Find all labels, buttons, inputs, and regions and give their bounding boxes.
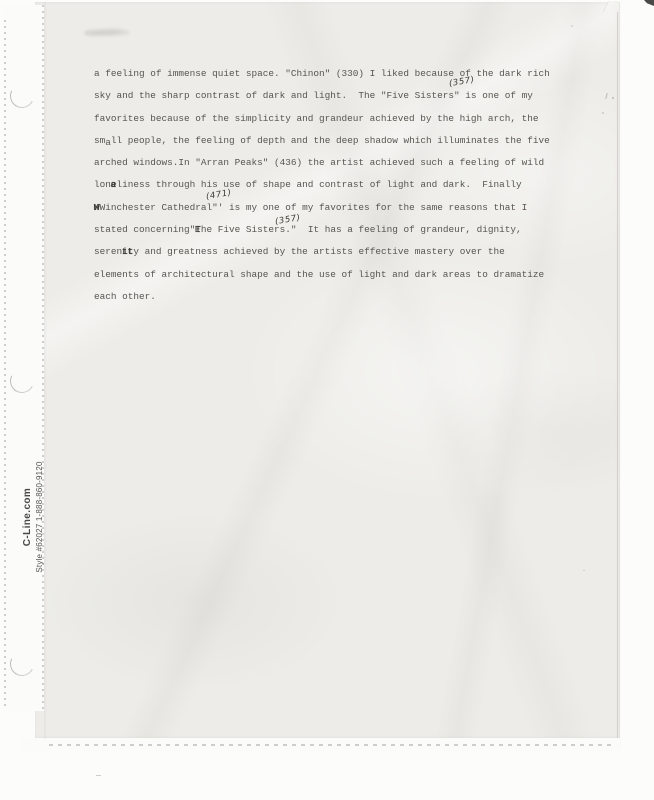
typed-text-segment: W [94,197,100,219]
scan-speck [571,25,573,27]
typed-text-segment: liness through his use of shape and cont… [117,179,522,190]
typed-line: each other. [94,286,594,308]
typed-text-segment: it [122,241,133,263]
scanner-corner-notch [644,0,654,6]
typed-text-segment: T [195,219,201,241]
scan-speck [583,570,585,571]
scanned-page-root: { "sheet_protector": { "brand_line1": "C… [0,0,654,800]
typed-text-segment: arched windows.In "Arran Peaks" (436) th… [94,157,544,168]
protector-binding-strip [3,5,44,711]
scan-speck [96,775,101,776]
typed-text-segment: sm [94,135,105,146]
typed-line: arched windows.In "Arran Peaks" (436) th… [94,152,594,174]
typed-line: loneliness through his use of shape and … [94,174,594,196]
typed-text-segment: sky and the sharp contrast of dark and l… [94,90,533,101]
typed-text-segment: seren [94,246,122,257]
binding-serrated-edge-outer [4,20,6,708]
brand-url-text: C-Line.com [22,435,35,599]
typed-line: serenity and greatness achieved by the a… [94,241,594,263]
typed-text-segment: elements of architectural shape and the … [94,269,544,280]
typed-line: small people, the feeling of depth and t… [94,130,594,152]
typed-line: sky and the sharp contrast of dark and l… [94,85,594,107]
scan-speck [602,112,604,114]
typed-text-segment: e [111,174,117,196]
typed-text-segment: favorites because of the simplicity and … [94,113,538,124]
protector-brand-label: C-Line.com Style #62027 1-888-860-9120 [22,435,52,599]
typed-text-segment: lon [94,179,111,190]
typed-lines: a feeling of immense quiet space. "Chino… [94,63,594,308]
protector-corner-fold [593,1,619,12]
typed-line: favorites because of the simplicity and … [94,108,594,130]
protector-right-edge-shadow [618,2,621,747]
typed-text-segment: each other. [94,291,156,302]
typed-text-segment: Winchester Cathedral"' is my one of my f… [100,202,528,213]
typed-line: WWinchester Cathedral"' is my one of my … [94,197,594,219]
scan-speck [612,97,614,99]
typed-text-segment: ll people, the feeling of depth and the … [111,135,550,146]
binding-strip-shadow [44,2,47,739]
typed-line: elements of architectural shape and the … [94,264,594,286]
typed-text-segment: stated concerning" [94,224,195,235]
typed-line: a feeling of immense quiet space. "Chino… [94,63,594,85]
brand-style-phone-text: Style #62027 1-888-860-9120 [35,435,45,599]
erased-pencil-smudge [84,27,130,39]
typed-text-segment: y and greatness achieved by the artists … [133,246,504,257]
typed-text-segment: a feeling of immense quiet space. "Chino… [94,68,550,79]
protector-bottom-serration [49,744,615,746]
typed-text-segment: a [105,137,111,148]
typed-line: stated concerning"The Five Sisters." It … [94,219,594,241]
typed-text-segment: he Five Sisters." It has a feeling of gr… [201,224,522,235]
